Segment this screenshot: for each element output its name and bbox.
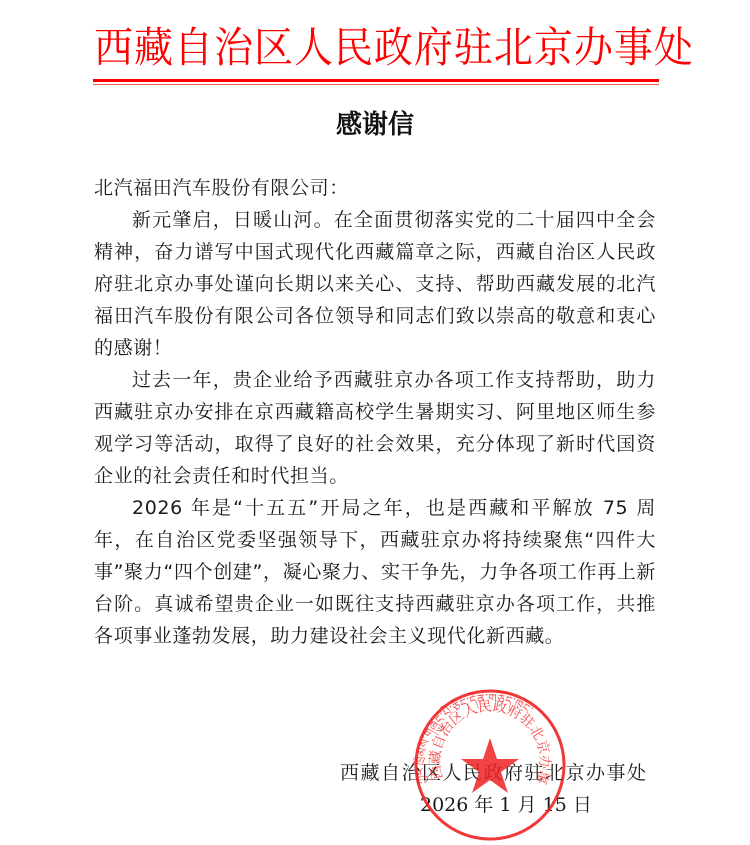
- official-seal-star-icon: ཀྱང་ཁྲིམས་གཞུང་པེ་ཅིང་དོན་གཅོད་ཁང་ 西藏自治区…: [413, 688, 567, 842]
- letterhead-organization: 西藏自治区人民政府驻北京办事处: [94, 22, 617, 74]
- paragraph-3: 2026 年是“十五五”开局之年，也是西藏和平解放 75 周年，在自治区党委坚强…: [94, 492, 656, 652]
- salutation: 北汽福田汽车股份有限公司：: [94, 172, 656, 204]
- letter-body: 北汽福田汽车股份有限公司： 新元肇启，日暖山河。在全面贯彻落实党的二十届四中全会…: [94, 172, 656, 652]
- letterhead-rule-thick: [93, 79, 659, 82]
- letterhead-rule-thin: [93, 84, 659, 85]
- paragraph-1: 新元肇启，日暖山河。在全面贯彻落实党的二十届四中全会精神，奋力谱写中国式现代化西…: [94, 204, 656, 364]
- paragraph-2: 过去一年，贵企业给予西藏驻京办各项工作支持帮助，助力西藏驻京办安排在京西藏籍高校…: [94, 364, 656, 492]
- letter-page: 西藏自治区人民政府驻北京办事处 感谢信 北汽福田汽车股份有限公司： 新元肇启，日…: [0, 0, 750, 845]
- letter-title: 感谢信: [0, 108, 750, 142]
